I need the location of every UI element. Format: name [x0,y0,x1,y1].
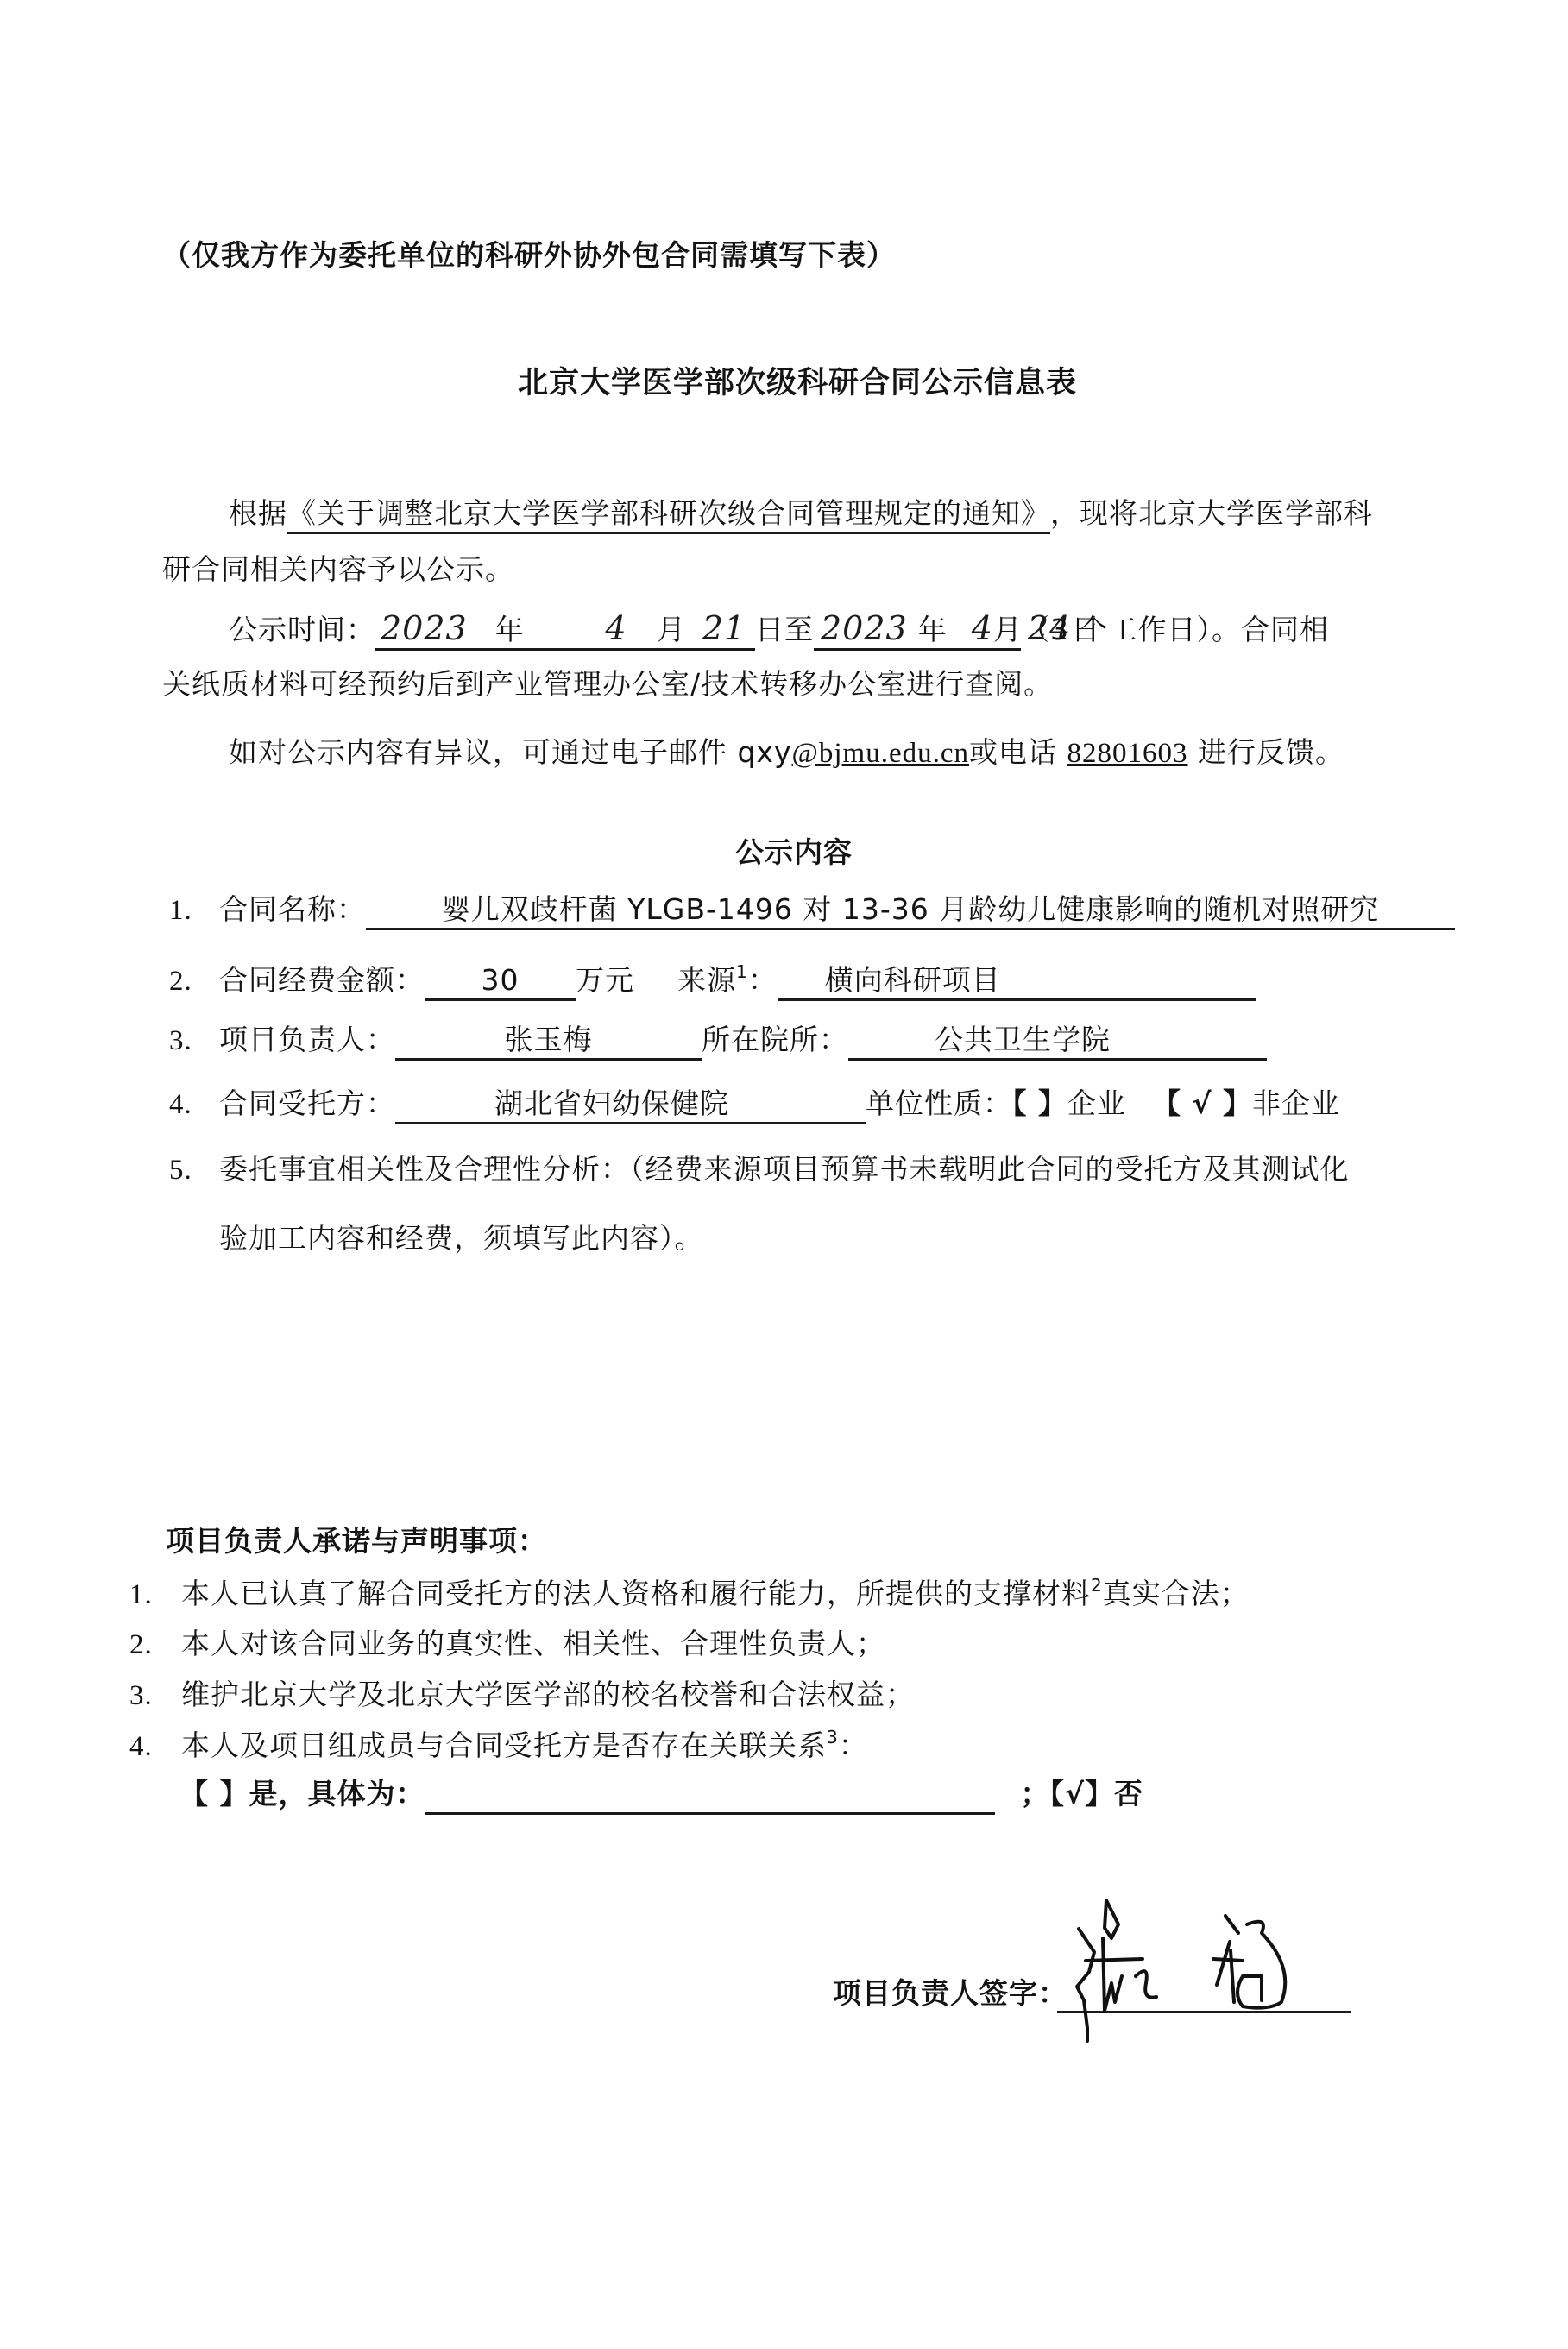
notice-title-link: 《关于调整北京大学医学部科研次级合同管理规定的通知》 [287,496,1050,534]
publicity-duration: （3 个工作日）。合同相 [1021,613,1329,646]
intro-prefix: 根据 [229,496,287,530]
feedback-phone-link[interactable]: 82801603 [1067,738,1188,769]
amount-unit: 万元 [576,963,634,997]
source-value: 横向科研项目 [778,963,1256,1001]
enterprise-label: 企业 [1067,1086,1126,1120]
intro-line-2: 研合同相关内容予以公示。 [162,552,514,587]
relation-yes-checkbox[interactable]: 【 】 [179,1777,249,1811]
intro-line-1: 根据《关于调整北京大学医学部科研次级合同管理规定的通知》，现将北京大学医学部科 [229,496,1373,534]
form-note: （仅我方作为委托单位的科研外协外包合同需填写下表） [162,238,896,273]
section-title: 公示内容 [735,835,853,870]
handwritten-signature-icon [1070,1890,1355,2054]
publicity-end-date-field: 2023年4月24日 [814,611,1021,651]
contract-name-label: 合同名称： [219,892,366,926]
publicity-time-label: 公示时间： [229,613,375,646]
page-title: 北京大学医学部次级科研合同公示信息表 [518,366,1077,400]
footnote-1: 1 [736,961,748,982]
intro-suffix: ，现将北京大学医学部科 [1050,496,1373,530]
contractor-value: 湖北省妇幼保健院 [395,1086,866,1124]
signature-label: 项目负责人签字： [833,1976,1067,2011]
non-enterprise-checkbox[interactable]: 【 √ 】 [1152,1086,1252,1120]
contract-name-value: 婴儿双歧杆菌 YLGB-1496 对 13-36 月龄幼儿健康影响的随机对照研究 [366,892,1455,930]
commitment-item: 1.本人已认真了解合同受托方的法人资格和履行能力，所提供的支撑材料2真实合法； [129,1577,1250,1612]
amount-label: 合同经费金额： [219,963,425,997]
publicity-time-line-2: 关纸质材料可经预约后到产业管理办公室/技术转移办公室进行查阅。 [162,667,1053,702]
department-label: 所在院所： [702,1023,848,1056]
start-day-value: 21 [702,609,746,647]
item-contract-name: 1.合同名称：婴儿双歧杆菌 YLGB-1496 对 13-36 月龄幼儿健康影响… [169,892,1455,930]
leader-value: 张玉梅 [395,1023,702,1061]
amount-value: 30 [425,963,576,1001]
start-month-field: 4 [582,611,650,651]
footnote-3: 3 [827,1727,839,1748]
feedback-email-link[interactable]: @bjmu.edu.cn [792,738,970,769]
nature-label: 单位性质： [866,1086,1012,1120]
publicity-time-line: 公示时间：2023年4月21日至2023年4月24日（3 个工作日）。合同相 [229,611,1329,651]
start-year-value: 2023 [381,609,468,647]
leader-label: 项目负责人： [219,1023,395,1056]
department-value: 公共卫生学院 [848,1023,1267,1061]
publicity-start-date-field: 2023年 [375,611,582,651]
start-month-value: 4 [605,609,627,647]
commitment-item: 3.维护北京大学及北京大学医学部的校名校誉和合法权益； [129,1678,915,1713]
item-contract-amount: 2.合同经费金额：30万元来源1：横向科研项目 [169,963,1256,1001]
commitments-heading: 项目负责人承诺与声明事项： [166,1524,547,1559]
commitment-item: 4.本人及项目组成员与合同受托方是否存在关联关系3： [129,1729,868,1764]
relation-detail-field[interactable] [425,1777,995,1815]
end-month-value: 4 [972,609,993,647]
non-enterprise-label: 非企业 [1252,1086,1340,1120]
contractor-label: 合同受托方： [219,1086,395,1120]
source-label: 来源 [677,963,736,997]
item-contractor: 4.合同受托方：湖北省妇幼保健院单位性质：【 】企业【 √ 】非企业 [169,1086,1340,1124]
signature-handwriting [1070,1890,1355,2054]
footnote-2: 2 [1091,1575,1103,1596]
item-rationale: 5.委托事宜相关性及合理性分析：（经费来源项目预算书未载明此合同的受托方及其测试… [169,1152,1350,1187]
item-project-leader: 3.项目负责人：张玉梅所在院所：公共卫生学院 [169,1023,1267,1061]
start-day-field: 21 [693,611,755,651]
commitment-item: 2.本人对该合同业务的真实性、相关性、合理性负责人； [129,1627,885,1662]
feedback-line: 如对公示内容有异议，可通过电子邮件 qxy@bjmu.edu.cn或电话 828… [229,735,1344,771]
enterprise-checkbox[interactable]: 【 】 [1012,1086,1067,1120]
relation-line: 【 】是，具体为： ；【√】否 [179,1777,1143,1815]
rationale-line-2: 验加工内容和经费，须填写此内容）。 [219,1221,704,1256]
relation-no-checkbox[interactable]: 【√】 [1050,1777,1115,1811]
end-year-value: 2023 [821,609,908,647]
relation-no-label: 否 [1114,1777,1143,1811]
relation-yes-label: 是，具体为： [249,1777,425,1811]
rationale-label: 委托事宜相关性及合理性分析：（经费来源项目预算书未载明此合同的受托方及其测试化 [219,1152,1350,1186]
